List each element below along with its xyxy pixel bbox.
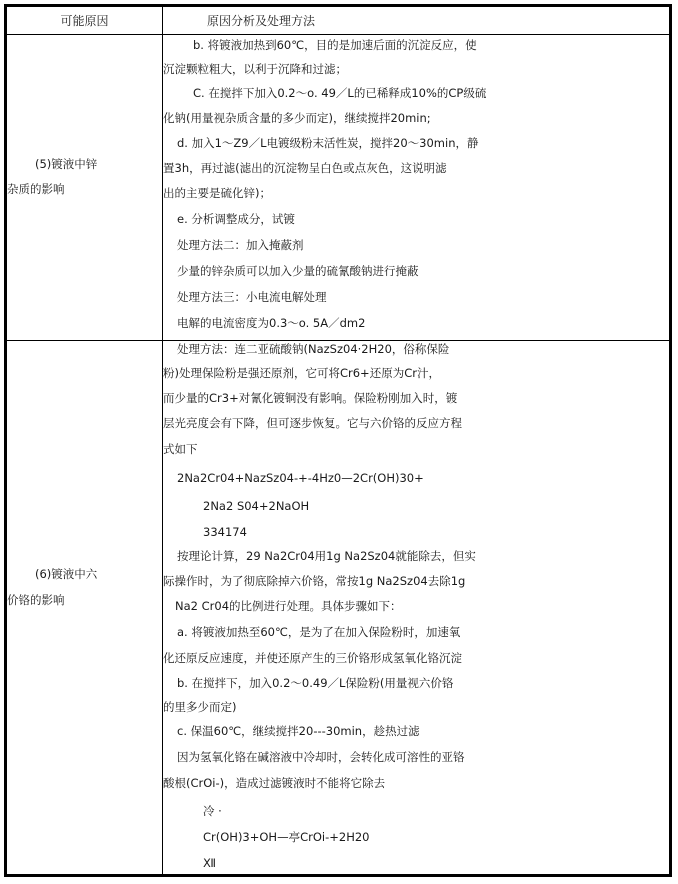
analysis-line: 式如下	[163, 442, 198, 456]
analysis-line: 际操作时，为了彻底除掉六价铬，常按1g Na2Sz04去除1g	[163, 574, 465, 588]
analysis-line: 置3h，再过滤(滤出的沉淀物呈白色或点灰色，这说明滤	[163, 161, 447, 175]
analysis-line: 因为氢氧化铬在碱溶液中冷却时，会转化成可溶性的亚铬	[177, 750, 465, 764]
analysis-line: 化还原反应速度，并使还原产生的三价铬形成氢氧化铬沉淀	[163, 651, 462, 665]
analysis-line: 处理方法三：小电流电解处理	[177, 290, 327, 304]
analysis-line: d. 加入1～Z9／L电镀级粉末活性炭，搅拌20～30min，静	[177, 136, 478, 150]
analysis-line: Cr(OH)3+OH—亭CrOi-+2H20	[203, 830, 369, 844]
analysis-line: e. 分析调整成分，试镀	[177, 212, 295, 226]
analysis-line: b. 在搅拌下，加入0.2～0.49／L保险粉(用量视六价铬	[177, 676, 453, 690]
cause-label: (5)镀液中锌	[35, 157, 97, 171]
analysis-line: 2Na2 S04+2NaOH	[203, 499, 309, 513]
analysis-line: c. 保温60℃，继续搅拌20---30min，趁热过滤	[177, 724, 420, 738]
header-analysis: 原因分析及处理方法	[207, 12, 315, 29]
analysis-line: b. 将镀液加热到60℃，目的是加速后面的沉淀反应，使	[193, 38, 477, 52]
table-header: 可能原因 原因分析及处理方法	[7, 7, 669, 35]
analysis-line: Ⅻ	[203, 856, 216, 870]
analysis-line: 层光亮度会有下降，但可逐步恢复。它与六价铬的反应方程	[163, 416, 462, 430]
analysis-table: 可能原因 原因分析及处理方法 (5)镀液中锌杂质的影响(6)镀液中六价铬的影响 …	[4, 4, 672, 877]
analysis-line: C. 在搅拌下加入0.2～o. 49／L的已稀释成10%的CP级硫	[193, 86, 486, 100]
header-cause: 可能原因	[7, 12, 162, 29]
analysis-line: 334174	[203, 525, 247, 539]
analysis-line: 沉淀颗粒粗大，以利于沉降和过滤；	[163, 62, 347, 76]
analysis-line: 粉)处理保险粉是强还原剂，它可将Cr6+还原为Cr汁，	[163, 366, 440, 380]
cause-label: 价铬的影响	[7, 593, 65, 607]
cause-label: 杂质的影响	[7, 182, 65, 196]
analysis-line: 少量的锌杂质可以加入少量的硫氰酸钠进行掩蔽	[177, 264, 419, 278]
analysis-line: 的里多少而定)	[163, 700, 237, 714]
analysis-line: a. 将镀液加热至60℃，是为了在加入保险粉时，加速氧	[177, 625, 460, 639]
row-divider	[7, 340, 669, 341]
analysis-line: 出的主要是硫化锌)；	[163, 186, 271, 200]
cause-label: (6)镀液中六	[35, 567, 97, 581]
analysis-line: 2Na2Cr04+NazSz04-+-4Hz0—2Cr(OH)30+	[177, 471, 424, 485]
analysis-line: 处理方法二：加入掩蔽剂	[177, 238, 304, 252]
column-divider	[162, 7, 163, 874]
analysis-line: 而少量的Cr3+对氰化镀铜没有影响。保险粉刚加入时，镀	[163, 391, 457, 405]
analysis-line: 按理论计算，29 Na2Cr04用1g Na2Sz04就能除去，但实	[177, 549, 476, 563]
analysis-line: 化钠(用量视杂质含量的多少而定)，继续搅拌20min;	[163, 111, 431, 125]
analysis-line: 处理方法：连二亚硫酸钠(NazSz04·2H20，俗称保险	[177, 342, 449, 356]
analysis-line: Na2 Cr04的比例进行处理。具体步骤如下：	[175, 599, 402, 613]
analysis-line: 冷 ·	[203, 804, 222, 818]
analysis-line: 电解的电流密度为0.3～o. 5A／dm2	[177, 316, 365, 330]
analysis-line: 酸根(CrOi-)，造成过滤镀液时不能将它除去	[163, 776, 385, 790]
